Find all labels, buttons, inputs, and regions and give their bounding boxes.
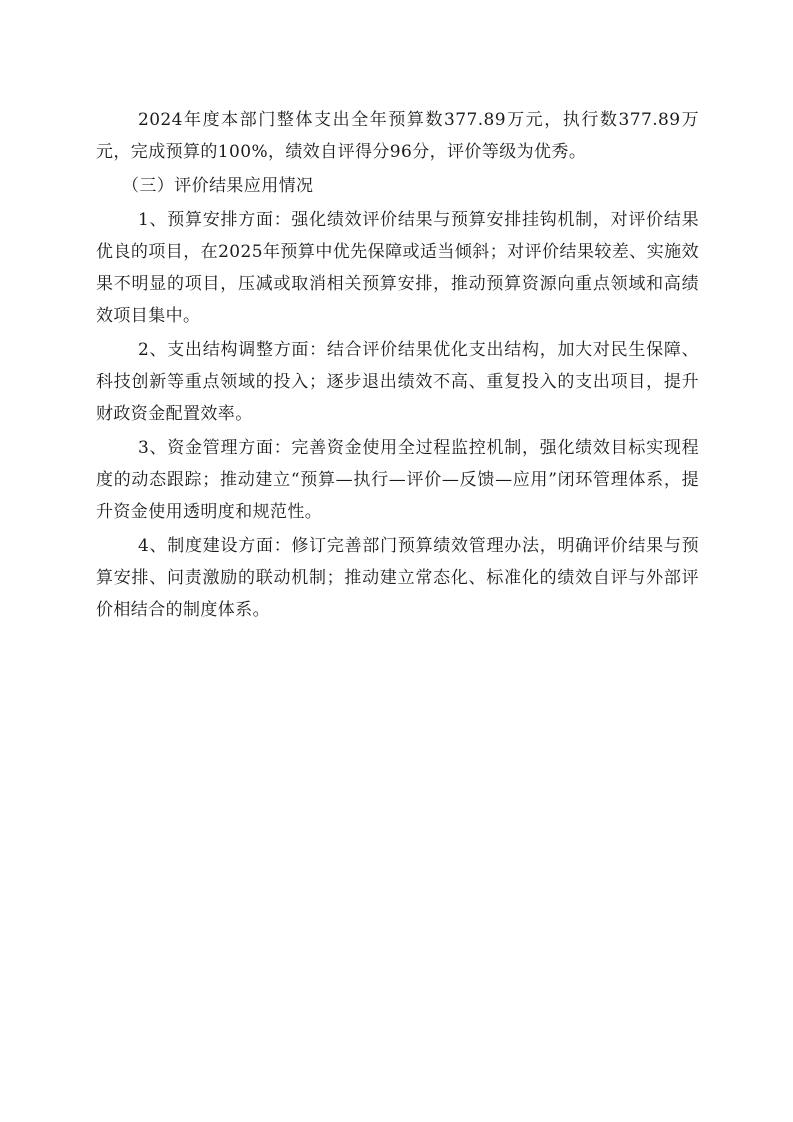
- item-paragraph-fund-management: 3、资金管理方面：完善资金使用全过程监控机制，强化绩效目标实现程度的动态跟踪；推…: [96, 432, 699, 528]
- item-paragraph-system-construction: 4、制度建设方面：修订完善部门预算绩效管理办法，明确评价结果与预算安排、问责激励…: [96, 530, 699, 626]
- section-heading: （三）评价结果应用情况: [96, 170, 699, 202]
- item-paragraph-expenditure-structure: 2、支出结构调整方面：结合评价结果优化支出结构，加大对民生保障、科技创新等重点领…: [96, 334, 699, 430]
- document-page: 2024年度本部门整体支出全年预算数377.89万元，执行数377.89万元，完…: [96, 104, 699, 626]
- intro-paragraph: 2024年度本部门整体支出全年预算数377.89万元，执行数377.89万元，完…: [96, 104, 699, 168]
- item-paragraph-budget-arrangement: 1、预算安排方面：强化绩效评价结果与预算安排挂钩机制，对评价结果优良的项目，在2…: [96, 204, 699, 332]
